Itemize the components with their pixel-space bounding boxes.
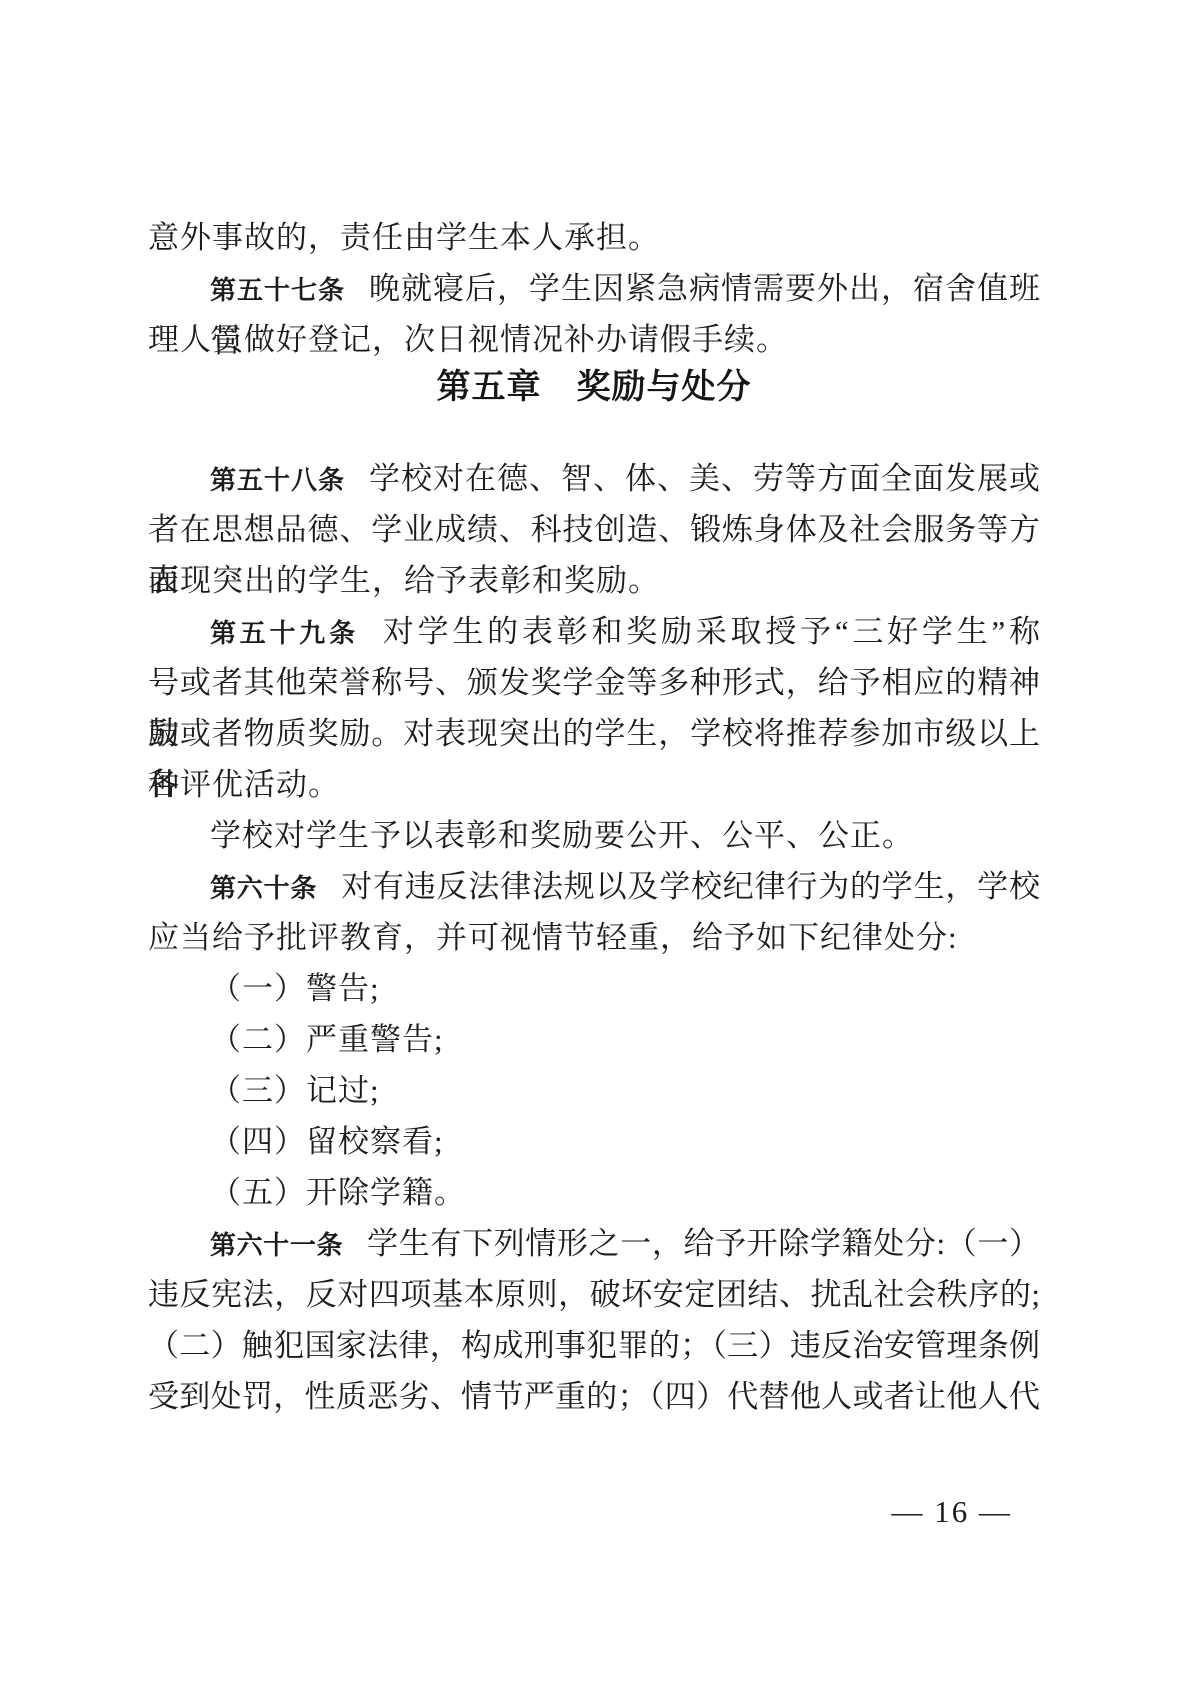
paragraph-line: 受到处罚，性质恶劣、情节严重的；（四）代替他人或者让他人代 <box>148 1371 1040 1422</box>
article-57-number: 第五十七条 <box>210 275 345 305</box>
chapter-heading: 第五章 奖励与处分 <box>148 365 1040 409</box>
paragraph-line: 学校对学生予以表彰和奖励要公开、公平、公正。 <box>148 810 1040 861</box>
article-59-number: 第五十九条 <box>210 618 359 648</box>
article-61-line: 第六十一条学生有下列情形之一，给予开除学籍处分:（一） <box>148 1218 1040 1269</box>
paragraph-line: 应当给予批评教育，并可视情节轻重，给予如下纪律处分: <box>148 912 1040 963</box>
paragraph-line: （二）触犯国家法律，构成刑事犯罪的；（三）违反治安管理条例 <box>148 1320 1040 1371</box>
list-item-3: （三）记过; <box>148 1065 1040 1116</box>
article-59-line: 第五十九条对学生的表彰和奖励采取授予“三好学生”称 <box>148 606 1040 657</box>
page-number: — 16 — <box>892 1492 1013 1532</box>
article-58-text: 学校对在德、智、体、美、劳等方面全面发展或 <box>369 461 1040 496</box>
document-page: 意外事故的，责任由学生本人承担。 第五十七条晚就寝后，学生因紧急病情需要外出，宿… <box>0 0 1191 1684</box>
list-item-5: （五）开除学籍。 <box>148 1167 1040 1218</box>
article-61-text: 学生有下列情形之一，给予开除学籍处分:（一） <box>367 1226 1040 1261</box>
article-60-number: 第六十条 <box>210 873 317 903</box>
list-item-1: （一）警告; <box>148 963 1040 1014</box>
list-item-4: （四）留校察看; <box>148 1116 1040 1167</box>
document-body: 意外事故的，责任由学生本人承担。 第五十七条晚就寝后，学生因紧急病情需要外出，宿… <box>148 212 1040 1422</box>
article-59-text: 对学生的表彰和奖励采取授予“三好学生”称 <box>383 614 1040 649</box>
article-60-text: 对有违反法律法规以及学校纪律行为的学生，学校 <box>341 869 1040 904</box>
article-60-line: 第六十条对有违反法律法规以及学校纪律行为的学生，学校 <box>148 861 1040 912</box>
paragraph-line: 号或者其他荣誉称号、颁发奖学金等多种形式，给予相应的精神鼓 <box>148 657 1040 708</box>
article-58-number: 第五十八条 <box>210 465 345 495</box>
paragraph-line: 表现突出的学生，给予表彰和奖励。 <box>148 555 1040 606</box>
paragraph-line: 违反宪法，反对四项基本原则，破坏安定团结、扰乱社会秩序的; <box>148 1269 1040 1320</box>
paragraph-line: 理人员做好登记，次日视情况补办请假手续。 <box>148 314 1040 365</box>
paragraph-line: 励或者物质奖励。对表现突出的学生，学校将推荐参加市级以上各 <box>148 708 1040 759</box>
list-item-2: （二）严重警告; <box>148 1014 1040 1065</box>
article-58-line: 第五十八条学校对在德、智、体、美、劳等方面全面发展或 <box>148 453 1040 504</box>
article-57-line: 第五十七条晚就寝后，学生因紧急病情需要外出，宿舍值班管 <box>148 263 1040 314</box>
paragraph-line: 种评优活动。 <box>148 759 1040 810</box>
article-61-number: 第六十一条 <box>210 1230 343 1260</box>
paragraph-line: 者在思想品德、学业成绩、科技创造、锻炼身体及社会服务等方面 <box>148 504 1040 555</box>
paragraph-line: 意外事故的，责任由学生本人承担。 <box>148 212 1040 263</box>
